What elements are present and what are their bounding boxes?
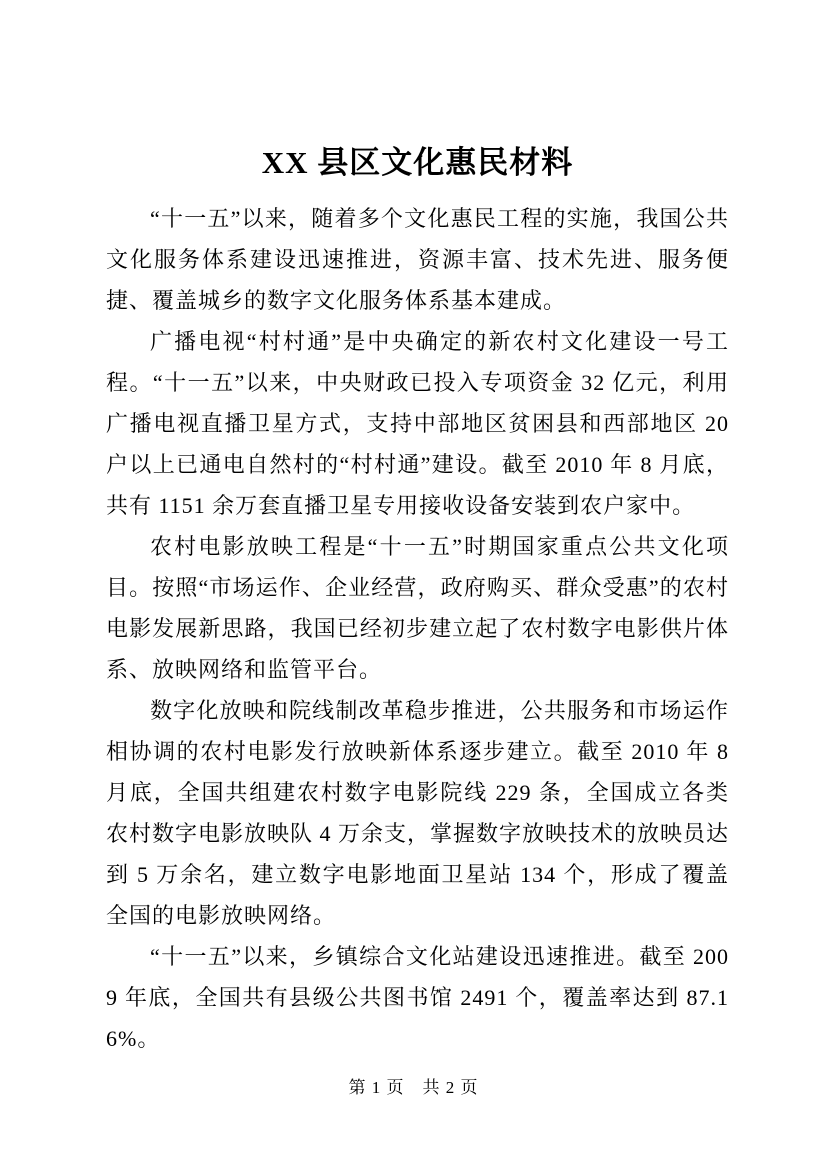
page-number-footer: 第 1 页 共 2 页 — [0, 1073, 827, 1098]
paragraph-4: 数字化放映和院线制改革稳步推进，公共服务和市场运作相协调的农村电影发行放映新体系… — [106, 690, 729, 936]
paragraph-5: “十一五”以来，乡镇综合文化站建设迅速推进。截至 2009 年底，全国共有县级公… — [106, 936, 729, 1059]
document-content: XX 县区文化惠民材料 “十一五”以来，随着多个文化惠民工程的实施，我国公共文化… — [106, 138, 729, 1059]
paragraph-1: “十一五”以来，随着多个文化惠民工程的实施，我国公共文化服务体系建设迅速推进，资… — [106, 198, 729, 321]
paragraph-2: 广播电视“村村通”是中央确定的新农村文化建设一号工程。“十一五”以来，中央财政已… — [106, 321, 729, 526]
document-page: XX 县区文化惠民材料 “十一五”以来，随着多个文化惠民工程的实施，我国公共文化… — [0, 0, 827, 1170]
paragraph-3: 农村电影放映工程是“十一五”时期国家重点公共文化项目。按照“市场运作、企业经营，… — [106, 526, 729, 690]
document-title: XX 县区文化惠民材料 — [106, 138, 729, 188]
